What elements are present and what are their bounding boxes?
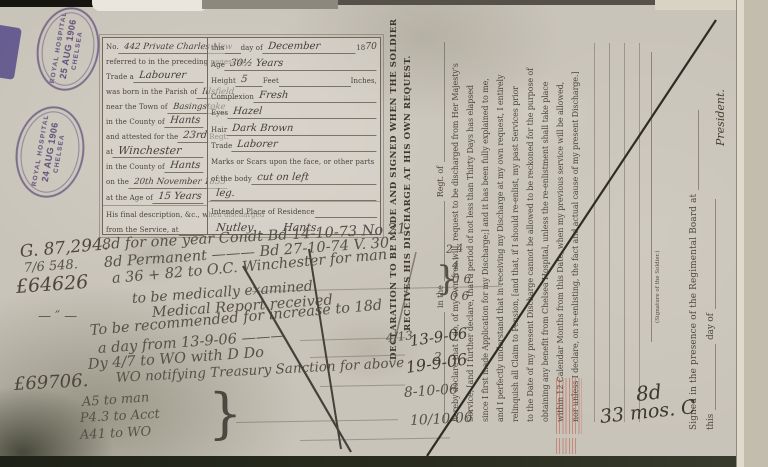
declaration-line5: relinquish all Claim to Pension, [and th…: [505, 10, 520, 422]
declaration-line7: obtaining any benefit from Chelsea Hospi…: [535, 10, 550, 422]
on-the-label: on the: [106, 178, 129, 188]
age-label: Age: [211, 61, 225, 71]
month-value: December: [262, 42, 357, 54]
top-edge-gray: [202, 0, 338, 9]
declaration-heading-block: DECLARATION TO BE MADE AND SIGNED WHEN T…: [389, 26, 429, 360]
signature-rule: [651, 52, 652, 342]
this-date-label: this: [706, 410, 716, 430]
year-value: 70: [365, 42, 377, 54]
form-row-marks2: of the body cut on left: [208, 168, 380, 184]
blank-rule-2: [595, 10, 610, 422]
age-at-value: 15 Years: [152, 192, 204, 204]
of-the-body-label: of the body: [211, 175, 252, 185]
trade-value: Labourer: [133, 71, 204, 83]
eyes-label: Eyes: [211, 109, 228, 119]
signature-caption: (Signature of the Soldier.): [655, 195, 661, 323]
soldier-particulars-box: No. 442 Private Charles New referred to …: [102, 37, 208, 235]
hair-value: Dark Brown: [227, 124, 378, 136]
president-block: President.: [714, 28, 734, 146]
year-prefix: 18: [356, 44, 365, 54]
marks-text: Marks or Scars upon the face, or other p…: [211, 158, 374, 168]
grouping-brace: }: [208, 390, 242, 439]
ledger-line: [236, 419, 398, 423]
form-row-date: this day of December 18 70: [208, 38, 380, 54]
president-label: President.: [714, 28, 727, 146]
height-feet-value: 5: [235, 75, 263, 87]
height-label: Height: [211, 77, 236, 87]
trade2-value: Laborer: [232, 140, 378, 152]
no-label: No.: [106, 43, 119, 53]
form-row-marks3: leg.: [208, 185, 380, 201]
form-row-referred: referred to in the preceding pages, by: [103, 53, 207, 68]
county1-value: Hants: [164, 116, 205, 128]
red-marginal-note: [556, 378, 582, 434]
stamp-inner-rim: [14, 107, 85, 198]
chelsea-stamp-24aug: ROYAL HOSPITAL 24 AUG 1906 CHELSEA: [9, 101, 92, 203]
county2-label: in the County of: [106, 163, 165, 173]
page-fold-line: [736, 0, 737, 467]
attested-place-value: Winchester: [113, 145, 205, 158]
form-row-parish: was born in the Parish of Illsfield: [103, 83, 207, 98]
bottom-edge: [0, 456, 768, 467]
declaration-line9: nor unless I declare, on re-enlisting, t…: [565, 10, 580, 422]
residence-blank: [315, 208, 377, 218]
form-row-marks1: Marks or Scars upon the face, or other p…: [208, 152, 380, 168]
hair-label: Hair: [211, 126, 227, 136]
form-row-trade: Trade a Labourer: [103, 68, 207, 83]
stamp-inner-rim: [36, 8, 100, 90]
form-row-date-attested: on the 20th November 1855: [103, 173, 207, 188]
description-box: this day of December 18 70 Age 30½ Years…: [207, 37, 381, 235]
day-blank: [225, 44, 241, 54]
declaration-title-line1: DECLARATION TO BE MADE AND SIGNED WHEN T…: [389, 26, 399, 360]
trade-label: Trade a: [106, 73, 134, 83]
inches-label: Inches,: [351, 77, 377, 87]
day-of-date-label: day of: [706, 309, 716, 344]
ditto-mark: — ″ —: [38, 310, 77, 323]
backing-sheet: [744, 0, 768, 467]
form-row-hair: Hair Dark Brown: [208, 119, 380, 135]
eyes-value: Hazel: [228, 107, 378, 119]
parish-label: was born in the Parish of: [106, 88, 197, 98]
declaration-line6: to the Date of my present Discharge cann…: [520, 10, 535, 422]
form-row-final-desc1: His final description, &c., when dischar…: [103, 205, 207, 221]
blank-rule-3: [610, 10, 625, 422]
figure-06b: 0 6: [450, 290, 469, 302]
this-label: this: [211, 44, 225, 54]
form-row-attested: and attested for the 23rd Regt.: [103, 128, 207, 143]
age-value: 30½ Years: [224, 59, 377, 71]
reference-69706: £69706.: [14, 372, 89, 394]
signed-line: Signed in the presence of the Regimental…: [684, 82, 699, 430]
town-label: near the Town of: [106, 103, 168, 113]
signed-text: Signed in the presence of the Regimental…: [689, 190, 699, 430]
date-8-10-06: 8-10-06: [404, 382, 459, 400]
date-10-10-06: 10/10-06: [410, 411, 474, 428]
attested-label: and attested for the: [106, 133, 178, 143]
declaration-line8: within 12 Calendar Months from this Date…: [550, 10, 565, 422]
complexion-value: Fresh: [253, 91, 377, 103]
form-row-age: Age 30½ Years: [208, 54, 380, 70]
reference-64626: £64626: [15, 273, 89, 297]
day-of-label: day of: [241, 44, 263, 54]
figure-24: 2 4: [446, 242, 464, 254]
form-row-eyes: Eyes Hazel: [208, 103, 380, 119]
top-edge-dark: [0, 0, 96, 7]
form-row-residence-label: Intended Place of Residence: [208, 201, 380, 218]
torn-paper-patch: [92, 0, 208, 11]
form-row-complexion: Complexion Fresh: [208, 87, 380, 103]
residence-label: Intended Place of Residence: [211, 208, 315, 218]
regt-name-blank: [436, 42, 445, 162]
chelsea-stamp-25aug: ROYAL HOSPITAL 25 AUG 1906 CHELSEA: [30, 2, 106, 95]
annotation-a41-to-wo: A41 to WO: [80, 425, 152, 442]
form-row-town: near the Town of Basingstoke: [103, 98, 207, 113]
declaration-line3: since I first made Application for my Di…: [475, 10, 490, 422]
age-at-label: at the Age of: [106, 194, 153, 204]
figure-4: 4: [452, 258, 459, 271]
declaration-line4: and I perfectly understand that in recei…: [490, 10, 505, 422]
form-row-number: No. 442 Private Charles New: [103, 38, 207, 53]
county1-label: in the County of: [106, 118, 165, 128]
red-marginal-note: [556, 438, 578, 454]
regiment-value: 23rd: [178, 131, 210, 143]
form-row-county2: in the County of Hants: [103, 158, 207, 173]
complexion-label: Complexion: [211, 93, 254, 103]
marks-value1: cut on left: [251, 173, 377, 185]
ledger-line: [300, 437, 450, 441]
form-row-trade2: Trade Laborer: [208, 136, 380, 152]
form-row-age-attested: at the Age of 15 Years: [103, 188, 207, 203]
figure-06a: 0 6: [452, 273, 471, 285]
form-row-attested-place: at Winchester: [103, 143, 207, 158]
pen-stroke-2: [309, 249, 341, 449]
blank-rule-4: [625, 10, 640, 422]
scanned-discharge-document: No. 442 Private Charles New referred to …: [0, 0, 768, 467]
corner-stamp-fragment: [0, 24, 22, 80]
marks-value2: leg.: [210, 189, 377, 201]
form-row-height: Height 5 Feet Inches,: [208, 71, 380, 87]
declaration-title-line2: RECEIVES HIS DISCHARGE AT HIS OWN REQUES…: [403, 26, 413, 360]
annotation-p43-to-acct: P4.3 to Acct: [80, 408, 160, 425]
ledger-line: [320, 385, 405, 387]
form-row-county1: in the County of Hants: [103, 113, 207, 128]
annotation-a5-to-man: A5 to man: [82, 391, 150, 409]
trade2-label: Trade: [211, 142, 232, 152]
county2-value: Hants: [164, 161, 205, 173]
inches-blank: [279, 77, 351, 87]
feet-label: Feet: [263, 77, 279, 87]
blank-rule-1: [580, 10, 595, 422]
date-blank: [707, 344, 716, 410]
signature-caption-block: (Signature of the Soldier.): [655, 195, 667, 323]
month-blank: [707, 199, 716, 309]
board-place-blank: [690, 110, 699, 190]
page-fold-highlight: [737, 0, 744, 467]
regt-of-label: Regt. of: [436, 162, 445, 201]
